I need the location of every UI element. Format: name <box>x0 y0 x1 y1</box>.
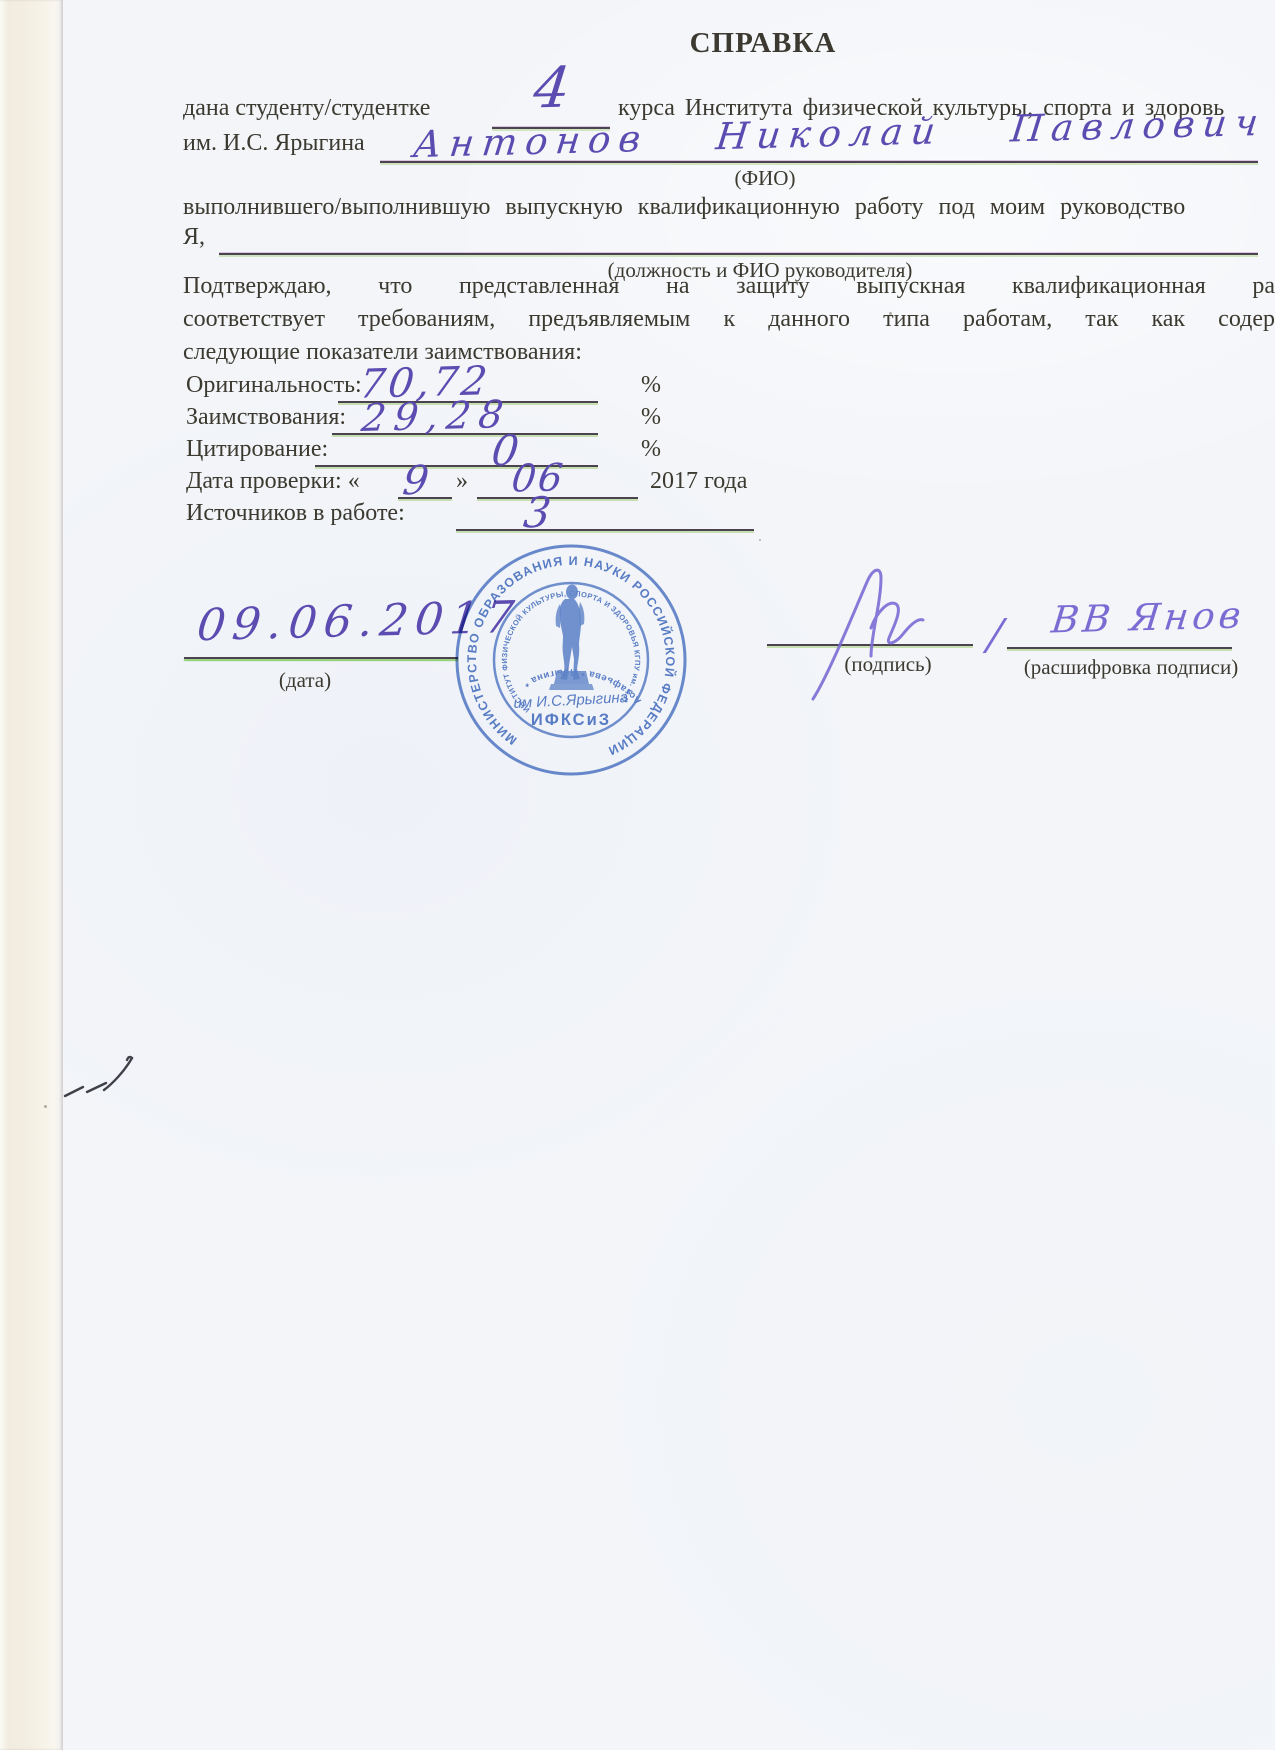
scan-speck <box>44 1105 47 1108</box>
page-title: СПРАВКА <box>663 27 863 60</box>
metric-unit-borrowings: % <box>641 404 661 432</box>
svg-text:МИНИСТЕРСТВО ОБРАЗОВАНИЯ И НАУ: МИНИСТЕРСТВО ОБРАЗОВАНИЯ И НАУКИ РОССИЙС… <box>452 541 690 779</box>
stamp-outer-circle <box>457 546 685 774</box>
stamp-outer-ring-text: МИНИСТЕРСТВО ОБРАЗОВАНИЯ И НАУКИ РОССИЙС… <box>452 541 690 779</box>
handwritten-sources-value: 3 <box>521 488 553 538</box>
scan-speck <box>889 312 892 315</box>
fio-caption: (ФИО) <box>690 166 840 190</box>
metric-unit-originality: % <box>641 372 661 400</box>
date-caption: (дата) <box>235 668 375 692</box>
metric-label-borrowings: Заимствования: <box>186 404 346 432</box>
check-date-label: Дата проверки: « <box>186 468 360 496</box>
stamp-script-text: им И.С.Ярыгина <box>513 689 628 712</box>
signer-name-caption: (расшифровка подписи) <box>1006 655 1256 679</box>
metric-label-citation: Цитирование: <box>186 436 328 464</box>
line4-prefix: Я, <box>183 224 205 252</box>
stamp-center-label: ИФКСиЗ <box>531 711 611 729</box>
metric-label-originality: Оригинальность: <box>186 372 362 400</box>
paragraph-line-a: Подтверждаю, что представленная на защит… <box>183 273 1275 303</box>
signature-scribble <box>795 556 975 706</box>
scan-speck <box>759 539 761 541</box>
signer-name-underline <box>1007 647 1232 649</box>
handwritten-check-day: 9 <box>400 458 431 505</box>
scan-edge-strip <box>0 0 63 1750</box>
sources-underline <box>456 529 754 531</box>
check-date-year: 2017 года <box>650 468 747 496</box>
signature-caption: (подпись) <box>798 652 978 676</box>
handwritten-course-number: 4 <box>530 56 573 122</box>
supervisor-blank-underline <box>219 253 1258 255</box>
handwritten-signer-name: ВВ Янов <box>1049 593 1247 641</box>
check-date-close-quote: » <box>456 468 468 496</box>
paragraph-line-b: соответствует требованиям, предъявляемым… <box>183 306 1275 336</box>
date-underline <box>184 657 458 659</box>
handwritten-borrowings-value: 29,28 <box>359 392 513 440</box>
line3-text: выполнившего/выполнившую выпускную квали… <box>183 194 1185 222</box>
sources-label: Источников в работе: <box>186 500 405 528</box>
stray-pen-mark <box>58 1050 142 1102</box>
line2-prefix: им. И.С. Ярыгина <box>183 130 365 158</box>
scanned-certificate-page: СПРАВКА дана студенту/студентке 4 курса … <box>0 0 1275 1750</box>
signature-separator: / <box>985 610 1005 659</box>
metric-unit-citation: % <box>641 436 661 464</box>
institution-stamp: МИНИСТЕРСТВО ОБРАЗОВАНИЯ И НАУКИ РОССИЙС… <box>452 541 690 779</box>
line1-prefix: дана студенту/студентке <box>183 95 430 123</box>
